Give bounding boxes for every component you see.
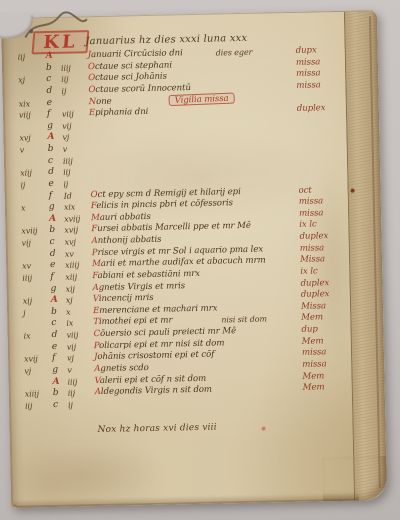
roman-count: x bbox=[66, 306, 93, 318]
roman-count: iiij bbox=[67, 376, 94, 388]
golden-number bbox=[20, 156, 48, 168]
dominical-letter: A bbox=[46, 51, 61, 63]
roman-count: iiij bbox=[63, 155, 90, 167]
grade-label: Mem bbox=[303, 382, 349, 395]
dominical-letter: g bbox=[49, 202, 64, 214]
grade-label: Mem bbox=[302, 370, 348, 383]
rubricated-initial: E bbox=[93, 306, 99, 316]
rubric-note: dies eger bbox=[216, 47, 253, 59]
grade-label: Missa bbox=[301, 301, 347, 314]
dominical-letter: c bbox=[46, 74, 61, 86]
parchment-stain bbox=[20, 435, 181, 502]
manuscript-photo: { "colors": { "backdrop": "#c6c1bf", "pa… bbox=[0, 0, 400, 520]
roman-count: xviij bbox=[64, 213, 91, 225]
dominical-letter: d bbox=[50, 248, 65, 260]
rubricated-initial: E bbox=[89, 108, 95, 118]
golden-number bbox=[21, 191, 49, 203]
golden-number: v bbox=[20, 144, 48, 156]
rubric-note: nisi sit dom bbox=[221, 314, 267, 327]
dominical-letter: e bbox=[47, 97, 62, 109]
golden-number: vij bbox=[22, 237, 50, 249]
grade-label: missa bbox=[299, 208, 345, 221]
golden-number: xviij bbox=[21, 225, 49, 237]
vigil-badge: Vigilia missa bbox=[168, 92, 234, 106]
dominical-letter: f bbox=[50, 272, 65, 284]
roman-count: xj bbox=[66, 294, 93, 306]
roman-count: iij bbox=[61, 73, 88, 85]
grade-label: ix lc bbox=[300, 266, 346, 279]
grade-label: duplex bbox=[300, 277, 346, 290]
rubricated-initial: A bbox=[95, 387, 101, 397]
grade-label: oct bbox=[298, 184, 344, 197]
golden-number: xvij bbox=[24, 353, 52, 365]
roman-count: ij bbox=[68, 399, 95, 411]
grade-label: dupx bbox=[296, 45, 342, 58]
rubricated-initial: F bbox=[91, 201, 97, 211]
golden-number: xiij bbox=[20, 167, 48, 179]
dominical-letter: f bbox=[47, 109, 62, 121]
dominical-letter: e bbox=[52, 341, 67, 353]
golden-number bbox=[21, 214, 49, 226]
rubricated-initial: O bbox=[88, 73, 95, 83]
rubricated-initial: T bbox=[93, 317, 99, 327]
golden-number: vj bbox=[24, 365, 52, 377]
grade-label: missa bbox=[300, 242, 346, 255]
golden-number bbox=[24, 342, 52, 354]
roman-count: viij bbox=[66, 329, 93, 341]
golden-number: xj bbox=[18, 74, 46, 86]
red-flourish-mark bbox=[262, 427, 266, 431]
rubricated-initial: F bbox=[91, 224, 97, 234]
grade-label bbox=[298, 161, 344, 174]
grade-label: ix lc bbox=[299, 219, 345, 232]
grade-label bbox=[303, 394, 349, 407]
rubricated-initial: M bbox=[91, 213, 100, 223]
dominical-letter: d bbox=[46, 86, 61, 98]
grade-label bbox=[297, 91, 343, 104]
grade-label bbox=[297, 115, 343, 128]
grade-label bbox=[298, 149, 344, 162]
roman-count: xv bbox=[65, 248, 92, 260]
dominical-letter: c bbox=[48, 155, 63, 167]
golden-number bbox=[24, 376, 52, 388]
grade-label: duplex bbox=[299, 231, 345, 244]
dominical-letter: b bbox=[51, 306, 66, 318]
grade-label: missa bbox=[299, 196, 345, 209]
grade-label: duplex bbox=[301, 289, 347, 302]
rubricated-initial: N bbox=[89, 97, 97, 107]
roman-count: xix bbox=[64, 201, 91, 213]
golden-number bbox=[22, 249, 50, 261]
rubricated-initial: C bbox=[93, 329, 100, 339]
golden-number: iij bbox=[18, 51, 46, 63]
grade-label bbox=[298, 173, 344, 186]
dominical-letter: b bbox=[53, 388, 68, 400]
golden-number: xix bbox=[19, 98, 47, 110]
grade-label: Mem bbox=[302, 335, 348, 348]
golden-number: ij bbox=[20, 179, 48, 191]
ink-spot bbox=[351, 189, 355, 193]
rounded-corner-shadow bbox=[322, 456, 387, 501]
dominical-letter: A bbox=[47, 132, 62, 144]
rubricated-initial: O bbox=[91, 190, 98, 200]
grade-label: missa bbox=[296, 56, 342, 69]
dominical-letter: c bbox=[51, 318, 66, 330]
roman-count: vj bbox=[62, 132, 89, 144]
rubricated-initial: A bbox=[92, 283, 98, 293]
dominical-letter: g bbox=[52, 365, 67, 377]
roman-count: iij bbox=[63, 166, 90, 178]
rubricated-initial: A bbox=[94, 364, 100, 374]
roman-count bbox=[62, 97, 89, 109]
dominical-letter: c bbox=[53, 399, 68, 411]
golden-number: xv bbox=[22, 260, 50, 272]
grade-label bbox=[298, 138, 344, 151]
dominical-letter: e bbox=[48, 179, 63, 191]
roman-count: iij bbox=[68, 387, 95, 399]
roman-count: xvij bbox=[64, 225, 91, 237]
grade-label: missa bbox=[302, 359, 348, 372]
golden-number: iij bbox=[25, 400, 53, 412]
rubricated-initial: P bbox=[92, 248, 98, 258]
golden-number: ix bbox=[23, 330, 51, 342]
roman-count: ij bbox=[61, 85, 88, 97]
golden-number: viij bbox=[19, 109, 47, 121]
hours-note: Nox hz horas xvi dies viii bbox=[97, 423, 216, 435]
roman-count: xij bbox=[65, 283, 92, 295]
roman-count: ix bbox=[66, 317, 93, 329]
golden-number: j bbox=[23, 307, 51, 319]
grade-label bbox=[297, 126, 343, 139]
dominical-letter: b bbox=[46, 62, 61, 74]
rubricated-initial: J bbox=[94, 352, 98, 362]
roman-count: v bbox=[67, 364, 94, 376]
rubricated-initial: M bbox=[92, 259, 101, 269]
golden-number: iiij bbox=[22, 272, 50, 284]
rubricated-initial: O bbox=[88, 85, 95, 95]
dominical-letter: f bbox=[49, 190, 64, 202]
roman-count: viij bbox=[62, 108, 89, 120]
rubricated-initial: P bbox=[94, 341, 100, 351]
dominical-letter: g bbox=[50, 283, 65, 295]
roman-count: ij bbox=[63, 178, 90, 190]
roman-count: vij bbox=[67, 341, 94, 353]
roman-count: xiij bbox=[65, 271, 92, 283]
rubricated-initial: V bbox=[93, 294, 99, 304]
golden-number bbox=[22, 284, 50, 296]
manuscript-book-page: KL Januarius hz dies xxxi luna xxx iijAJ… bbox=[1, 10, 387, 508]
grade-label: Missa bbox=[300, 254, 346, 267]
roman-count: iiij bbox=[61, 62, 88, 74]
month-title: Januarius hz dies xxxi luna xxx bbox=[85, 31, 325, 47]
dominical-letter: d bbox=[48, 167, 63, 179]
roman-count: Id bbox=[64, 190, 91, 202]
golden-number bbox=[19, 121, 47, 133]
calendar-rows: iijAJanuarii Circūcisio dnidies egerdupx… bbox=[18, 45, 349, 412]
rubricated-initial: J bbox=[88, 50, 92, 60]
dominical-letter: f bbox=[52, 353, 67, 365]
dominical-letter: A bbox=[49, 213, 64, 225]
golden-number bbox=[18, 86, 46, 98]
grade-label: missa bbox=[296, 68, 342, 81]
roman-count: vj bbox=[67, 352, 94, 364]
dominical-letter: d bbox=[51, 330, 66, 342]
roman-count: xvj bbox=[65, 236, 92, 248]
golden-number: xij bbox=[23, 295, 51, 307]
golden-number bbox=[23, 318, 51, 330]
golden-number: xiiij bbox=[25, 388, 53, 400]
roman-count: v bbox=[63, 143, 90, 155]
dominical-letter: A bbox=[52, 376, 67, 388]
golden-number bbox=[18, 63, 46, 75]
grade-label: missa bbox=[296, 80, 342, 93]
grade-label: Mem bbox=[301, 312, 347, 325]
rubricated-initial: O bbox=[88, 62, 95, 72]
dominical-letter: c bbox=[50, 237, 65, 249]
rubricated-initial: A bbox=[91, 236, 97, 246]
golden-number: x bbox=[21, 202, 49, 214]
rubricated-initial: V bbox=[94, 375, 100, 385]
dominical-letter: g bbox=[47, 120, 62, 132]
grade-label: dup bbox=[301, 324, 347, 337]
roman-count: vij bbox=[62, 120, 89, 132]
grade-label: missa bbox=[302, 347, 348, 360]
rubricated-initial: F bbox=[92, 271, 97, 281]
dominical-letter: e bbox=[50, 260, 65, 272]
dominical-letter: b bbox=[49, 225, 64, 237]
golden-number: xvj bbox=[19, 132, 47, 144]
dominical-letter: b bbox=[48, 144, 63, 156]
roman-count bbox=[61, 50, 88, 62]
grade-label: duplex bbox=[297, 103, 343, 116]
dominical-letter: A bbox=[51, 295, 66, 307]
roman-count: xiiij bbox=[65, 259, 92, 271]
